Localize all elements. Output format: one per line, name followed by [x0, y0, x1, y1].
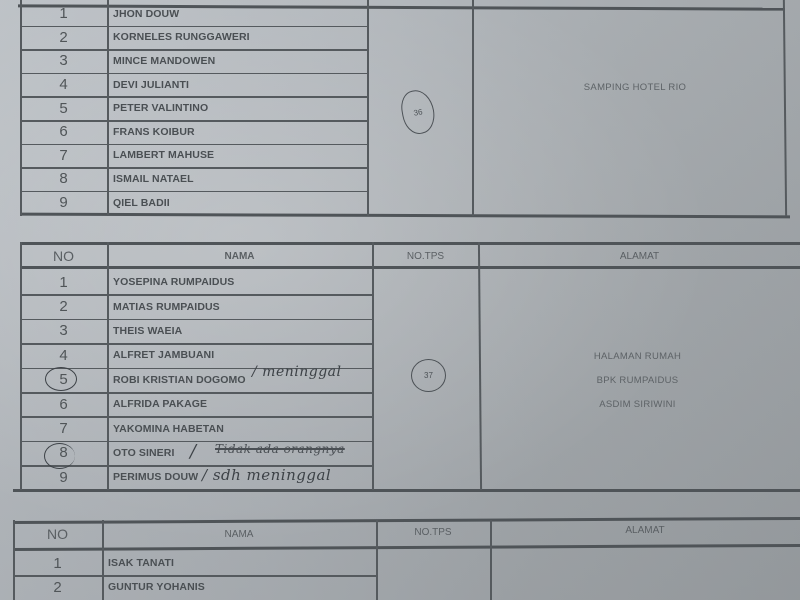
table-row: 1ISAK TANATI [13, 551, 376, 575]
row-number: 4 [20, 343, 107, 367]
voter-name: QIEL BADII [107, 191, 367, 215]
voter-name: GUNTUR YOHANIS [102, 575, 376, 599]
handwritten-slash: / [190, 441, 197, 462]
row-number: 3 [20, 319, 107, 343]
voter-name: MATIAS RUMPAIDUS [107, 294, 372, 318]
header-no-tps: NO.TPS [376, 521, 490, 543]
table-row: 6FRANS KOIBUR [20, 120, 367, 144]
alamat-cell: SAMPING HOTEL RIO [560, 82, 710, 93]
row-number: 3 [20, 49, 107, 73]
row-number: 8 [20, 167, 107, 191]
row-number: 1 [20, 270, 107, 294]
voter-name: PETER VALINTINO [107, 96, 367, 120]
table-row: 8ISMAIL NATAEL [20, 167, 367, 191]
table-row: 2MATIAS RUMPAIDUS [20, 294, 372, 318]
row-number: 2 [20, 294, 107, 318]
voter-name: DEVI JULIANTI [107, 73, 367, 97]
voter-name: YAKOMINA HABETAN [107, 416, 372, 440]
handwritten-struck-note: Tidak ada orangnya [215, 442, 345, 456]
voter-name: JHON DOUW [107, 2, 367, 26]
row-number: 7 [20, 416, 107, 440]
row-number: 6 [20, 392, 107, 416]
alamat-line: SAMPING HOTEL RIO [560, 82, 710, 93]
row-number: 1 [13, 551, 102, 575]
voter-name: ALFRIDA PAKAGE [107, 392, 372, 416]
row-number: 9 [20, 465, 107, 489]
row-number: 2 [13, 575, 102, 599]
row-number: 2 [20, 26, 107, 50]
voter-name: MINCE MANDOWEN [107, 49, 367, 73]
voter-name: ISAK TANATI [102, 551, 376, 575]
row-number: 7 [20, 144, 107, 168]
handwritten-note-meninggal: / meninggal [252, 364, 342, 380]
tps-number: 37 [424, 371, 433, 380]
handwritten-circle-8 [44, 443, 75, 469]
row-number: 9 [20, 191, 107, 215]
table-row: 2KORNELES RUNGGAWERI [20, 26, 367, 50]
table-row: 5PETER VALINTINO [20, 96, 367, 120]
header-alamat: ALAMAT [490, 519, 800, 541]
voter-name: ISMAIL NATAEL [107, 167, 367, 191]
table-row: 9QIEL BADII [20, 191, 367, 215]
table-row: 3THEIS WAEIA [20, 319, 372, 343]
table-row: 4DEVI JULIANTI [20, 73, 367, 97]
row-number: 6 [20, 120, 107, 144]
header-no: NO [20, 246, 107, 266]
header-no-tps: NO.TPS [372, 246, 479, 266]
voter-name: YOSEPINA RUMPAIDUS [107, 270, 372, 294]
alamat-line: ASDIM SIRIWINI [570, 393, 705, 417]
table-row: 1JHON DOUW [20, 2, 367, 26]
tps-number-circled: 37 [411, 359, 446, 392]
row-number: 1 [20, 2, 107, 26]
row-number: 5 [20, 96, 107, 120]
alamat-cell: HALAMAN RUMAH BPK RUMPAIDUS ASDIM SIRIWI… [570, 345, 705, 417]
alamat-line: BPK RUMPAIDUS [570, 369, 705, 393]
table-row: 7LAMBERT MAHUSE [20, 144, 367, 168]
tps-number: 36 [413, 107, 423, 117]
alamat-line: HALAMAN RUMAH [570, 345, 705, 369]
voter-name: LAMBERT MAHUSE [107, 144, 367, 168]
voter-name: THEIS WAEIA [107, 319, 372, 343]
tps-number-circled: 36 [398, 88, 437, 137]
header-nama: NAMA [107, 246, 372, 266]
handwritten-note-sdh-meninggal: / sdh meninggal [202, 466, 331, 484]
table-row: 6ALFRIDA PAKAGE [20, 392, 372, 416]
header-nama: NAMA [102, 523, 376, 545]
table-row: 2GUNTUR YOHANIS [13, 575, 376, 599]
voter-name: FRANS KOIBUR [107, 120, 367, 144]
header-no: NO [13, 523, 102, 545]
header-alamat: ALAMAT [479, 246, 800, 266]
voter-name: KORNELES RUNGGAWERI [107, 26, 367, 50]
handwritten-circle-5 [45, 367, 77, 391]
table-row: 7YAKOMINA HABETAN [20, 416, 372, 440]
row-number: 4 [20, 73, 107, 97]
table-row: 3MINCE MANDOWEN [20, 49, 367, 73]
table-row: 1YOSEPINA RUMPAIDUS [20, 270, 372, 294]
